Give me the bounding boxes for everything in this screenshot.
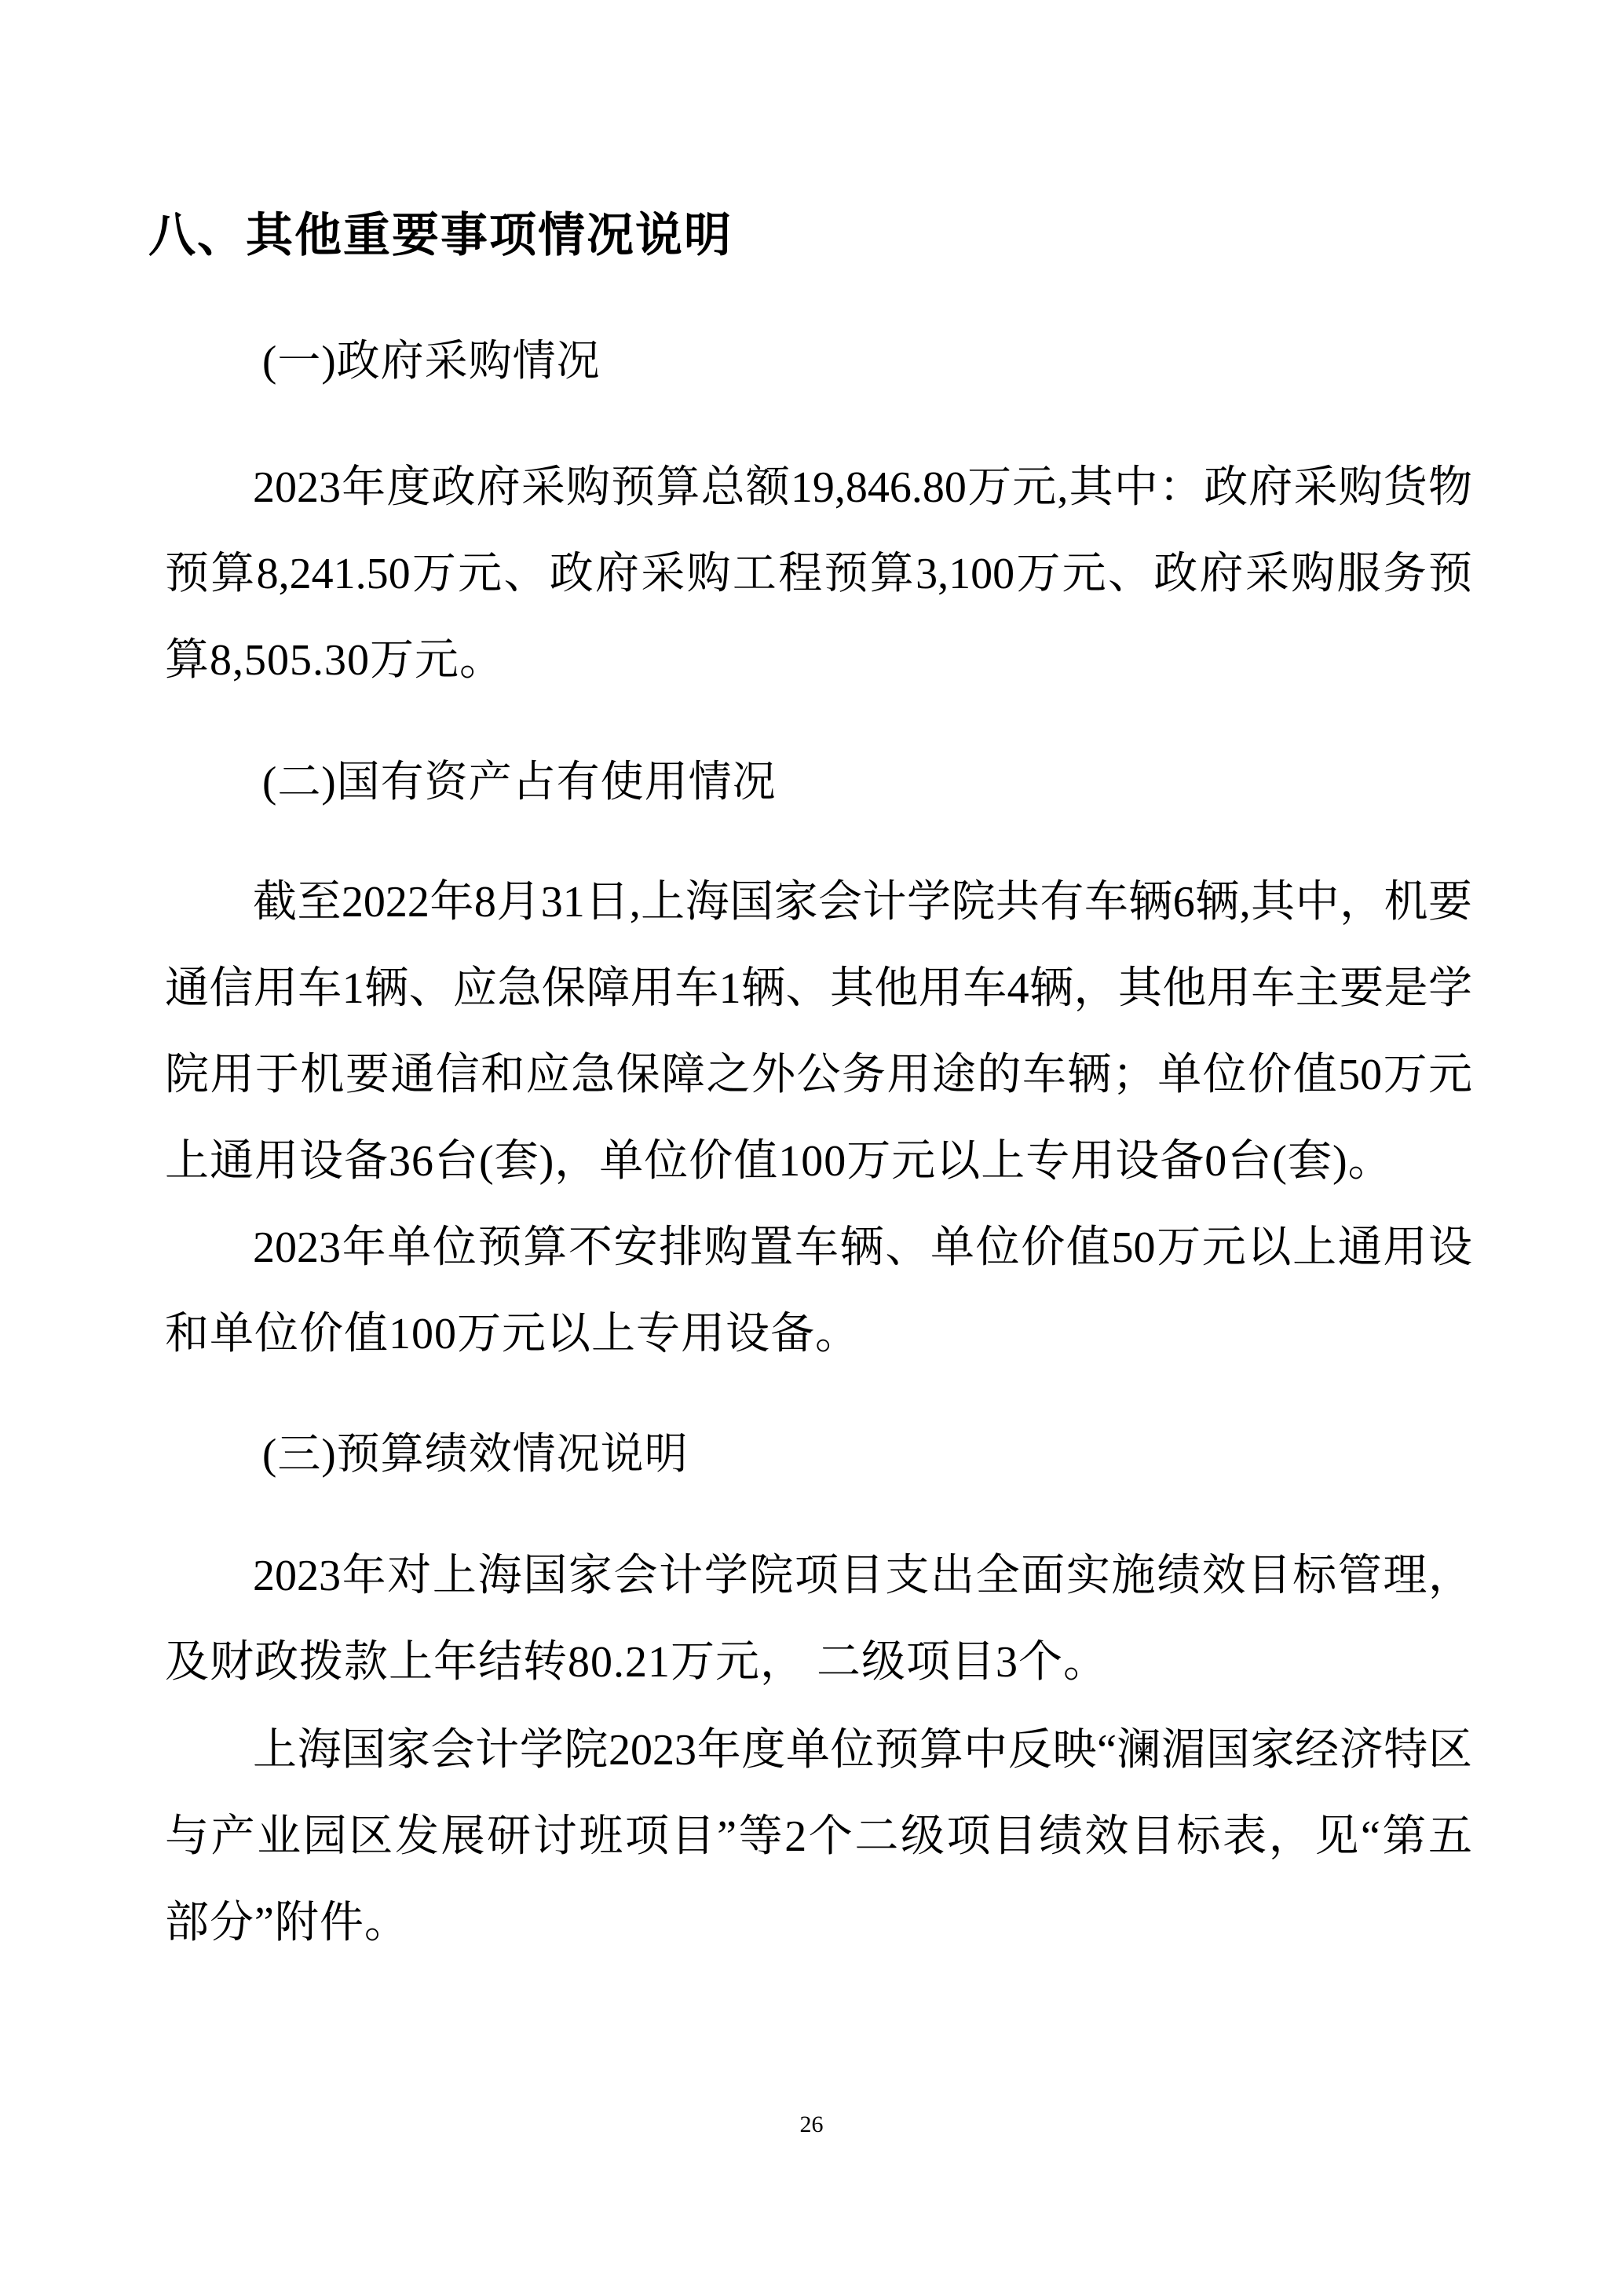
paragraph-line: 算8,505.30万元。 (165, 636, 1472, 685)
paragraph-line: 部分”附件。 (165, 1899, 1472, 1947)
section-heading-3: (三)预算绩效情况说明 (262, 1431, 689, 1478)
paragraph-line: 与产业园区发展研讨班项目”等2个二级项目绩效目标表，见“第五 (165, 1812, 1472, 1861)
paragraph-line: 上海国家会计学院2023年度单位预算中反映“澜湄国家经济特区 (253, 1726, 1472, 1775)
section-heading-2: (二)国有资产占有使用情况 (262, 759, 777, 806)
paragraph-line: 通信用车1辆、应急保障用车1辆、其他用车4辆，其他用车主要是学 (165, 964, 1472, 1013)
paragraph-line: 上通用设备36台(套)，单位价值100万元以上专用设备0台(套)。 (165, 1137, 1472, 1186)
paragraph-line: 及财政拨款上年结转80.21万元， 二级项目3个。 (165, 1638, 1472, 1687)
document-page: 八、其他重要事项情况说明 (一)政府采购情况 2023年度政府采购预算总额19,… (0, 0, 1623, 2296)
page-number: 26 (0, 2111, 1623, 2139)
paragraph-line: 截至2022年8月31日,上海国家会计学院共有车辆6辆,其中，机要 (253, 878, 1472, 927)
page-title: 八、其他重要事项情况说明 (148, 209, 733, 262)
paragraph-line: 预算8,241.50万元、政府采购工程预算3,100万元、政府采购服务预 (165, 550, 1472, 598)
paragraph-line: 和单位价值100万元以上专用设备。 (165, 1310, 1472, 1358)
paragraph-line: 2023年单位预算不安排购置车辆、单位价值50万元以上通用设备 (253, 1223, 1472, 1272)
paragraph-line: 2023年对上海国家会计学院项目支出全面实施绩效目标管理，涉 (253, 1552, 1472, 1600)
paragraph-line: 2023年度政府采购预算总额19,846.80万元,其中：政府采购货物 (253, 463, 1472, 512)
paragraph-line: 院用于机要通信和应急保障之外公务用途的车辆；单位价值50万元以 (165, 1051, 1472, 1099)
section-heading-1: (一)政府采购情况 (262, 338, 601, 385)
